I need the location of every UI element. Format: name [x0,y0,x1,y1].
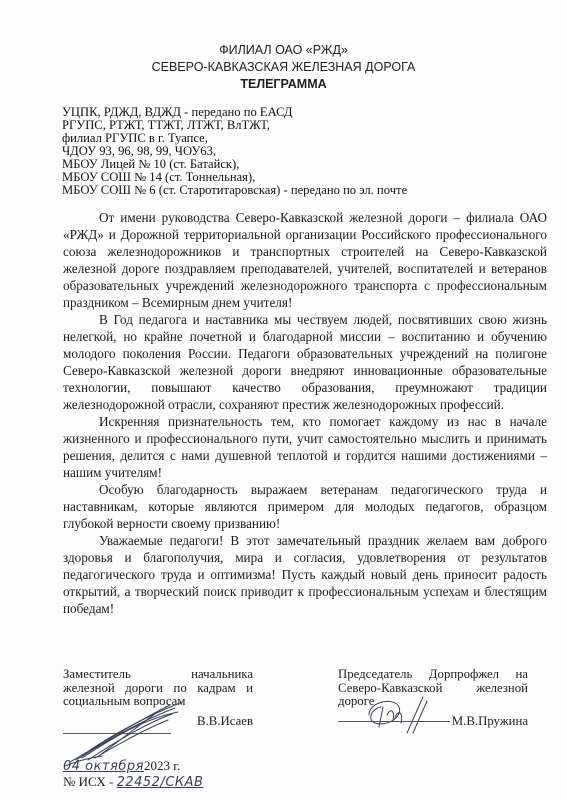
header-branch: ФИЛИАЛ ОАО «РЖД» [0,43,567,57]
handwritten-signature-icon [365,693,445,738]
body-paragraph: От имени руководства Северо-Кавказской ж… [63,209,547,311]
number-line: № ИСХ - 22452/СКАВ [63,774,203,790]
handwritten-outgoing-number: 22452/СКАВ [117,775,204,790]
recipients-list: УЦПК, РДЖД, ВДЖД - передано по ЕАСД РГУП… [62,106,407,197]
signer-title-line: Председатель Дорпрофжел на [338,668,528,682]
outgoing-number-prefix: № ИСХ - [63,774,113,789]
signer-title-line: железной дороги по кадрам и [63,682,253,696]
registration-block: 04 октября2023 г. № ИСХ - 22452/СКАВ [63,758,203,790]
body-paragraph: Искренняя признательность тем, кто помог… [63,413,547,481]
header-railway: СЕВЕРО-КАВКАЗСКАЯ ЖЕЛЕЗНАЯ ДОРОГА [0,60,567,74]
body-paragraph: Особую благодарность выражаем ветеранам … [63,481,547,532]
telegram-document: ФИЛИАЛ ОАО «РЖД» СЕВЕРО-КАВКАЗСКАЯ ЖЕЛЕЗ… [0,0,567,800]
body-paragraph: Уважаемые педагоги! В этот замечательный… [63,532,547,617]
body-paragraph: В Год педагога и наставника мы чествуем … [63,311,547,413]
recipient-line: МБОУ СОШ № 6 (ст. Старотитаровская) - пе… [62,184,407,197]
date-line: 04 октября2023 г. [63,758,203,774]
handwritten-date: 04 октября [63,759,144,774]
document-type-title: ТЕЛЕГРАММА [0,77,567,91]
message-body: От имени руководства Северо-Кавказской ж… [63,209,547,617]
year: 2023 г. [144,758,180,773]
signer-title-line: Заместитель начальника [63,668,253,682]
